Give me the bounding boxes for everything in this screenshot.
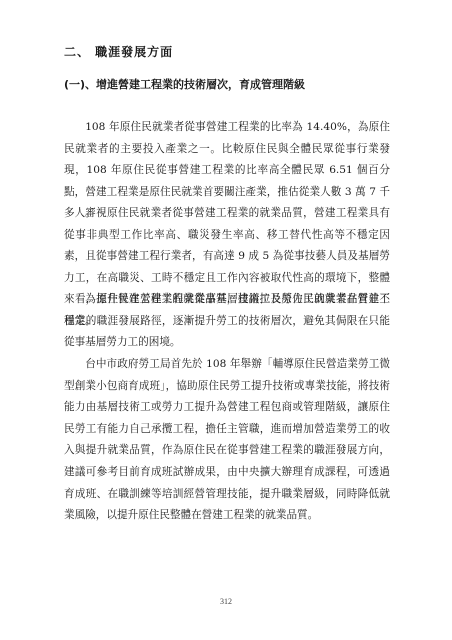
page-number: 312 <box>0 597 452 606</box>
subsection-heading: (一)、增進營建工程業的技術層次，育成管理階級 <box>64 76 305 92</box>
document-page: 二、 職涯發展方面 (一)、增進營建工程業的技術層次，育成管理階級 108 年原… <box>0 0 452 640</box>
paragraph-4: 台中市政府勞工局首先於 108 年舉辦「輔導原住民營造業勞工微型創業小包商育成班… <box>64 354 390 527</box>
section-heading: 二、 職涯發展方面 <box>64 43 173 60</box>
paragraph-3: 為提升營建工程業的就業品質，建議拉長原住民就業者在營建工程業的職涯發展路徑，逐漸… <box>64 289 390 354</box>
